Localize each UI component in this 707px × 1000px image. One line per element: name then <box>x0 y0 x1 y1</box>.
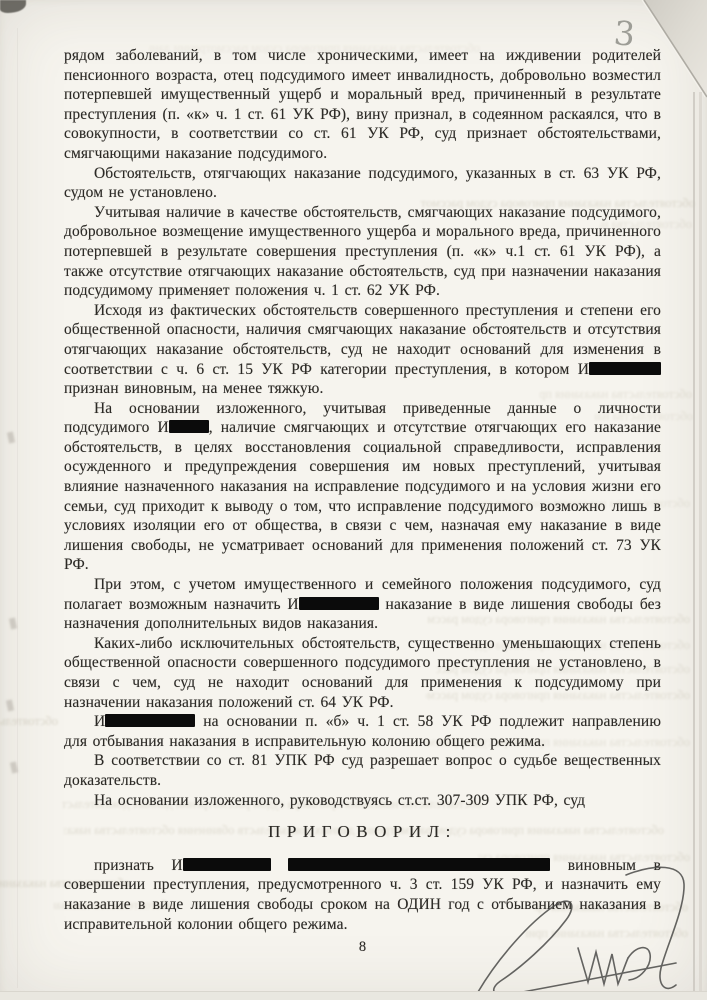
page-number: 8 <box>64 938 661 958</box>
paragraph: Учитывая наличие в качестве обстоятельст… <box>64 203 661 301</box>
paragraph: Обстоятельств, отягчающих наказание подс… <box>64 164 661 203</box>
redaction-bar <box>589 362 661 375</box>
corner-smudge <box>0 0 26 13</box>
paragraph: И на основании п. «б» ч. 1 ст. 58 УК РФ … <box>64 712 661 751</box>
paragraph: На основании изложенного, руководствуясь… <box>64 791 661 811</box>
page-edge-line <box>0 991 707 1000</box>
redaction-bar <box>183 858 271 871</box>
redaction-bar <box>105 714 195 727</box>
document-body: рядом заболеваний, в том числе хроническ… <box>64 46 661 934</box>
paper-crease-line <box>17 28 18 988</box>
margin-smudge <box>6 699 14 711</box>
paragraph: При этом, с учетом имущественного и семе… <box>64 575 661 634</box>
margin-smudge <box>9 617 17 629</box>
verdict-heading: ПРИГОВОРИЛ: <box>64 822 661 842</box>
page-edge-line <box>693 92 695 1000</box>
redaction-bar <box>299 597 379 610</box>
margin-smudge <box>7 431 15 443</box>
handwritten-page-note: 3 <box>612 13 636 54</box>
page-edge-line <box>699 92 702 1000</box>
redaction-bar <box>169 420 209 433</box>
page-corner-fold <box>633 0 707 102</box>
bleedthrough-text: обстоятельства наказания приговора судом… <box>0 715 58 728</box>
paragraph: рядом заболеваний, в том числе хроническ… <box>64 46 661 164</box>
redaction-bar <box>288 858 550 871</box>
paragraph: На основании изложенного, учитывая приве… <box>64 399 661 575</box>
paragraph: Каких-либо исключительных обстоятельств,… <box>64 634 661 712</box>
paragraph: признать И виновным в совершении преступ… <box>64 856 661 934</box>
paragraph: Исходя из фактических обстоятельств сове… <box>64 301 661 399</box>
paragraph: В соответствии со ст. 81 УПК РФ суд разр… <box>64 751 661 790</box>
document-text-block: рядом заболеваний, в том числе хроническ… <box>64 46 661 972</box>
scanned-court-document: { "page": { "corner_note": "3", "page_nu… <box>0 0 707 1000</box>
